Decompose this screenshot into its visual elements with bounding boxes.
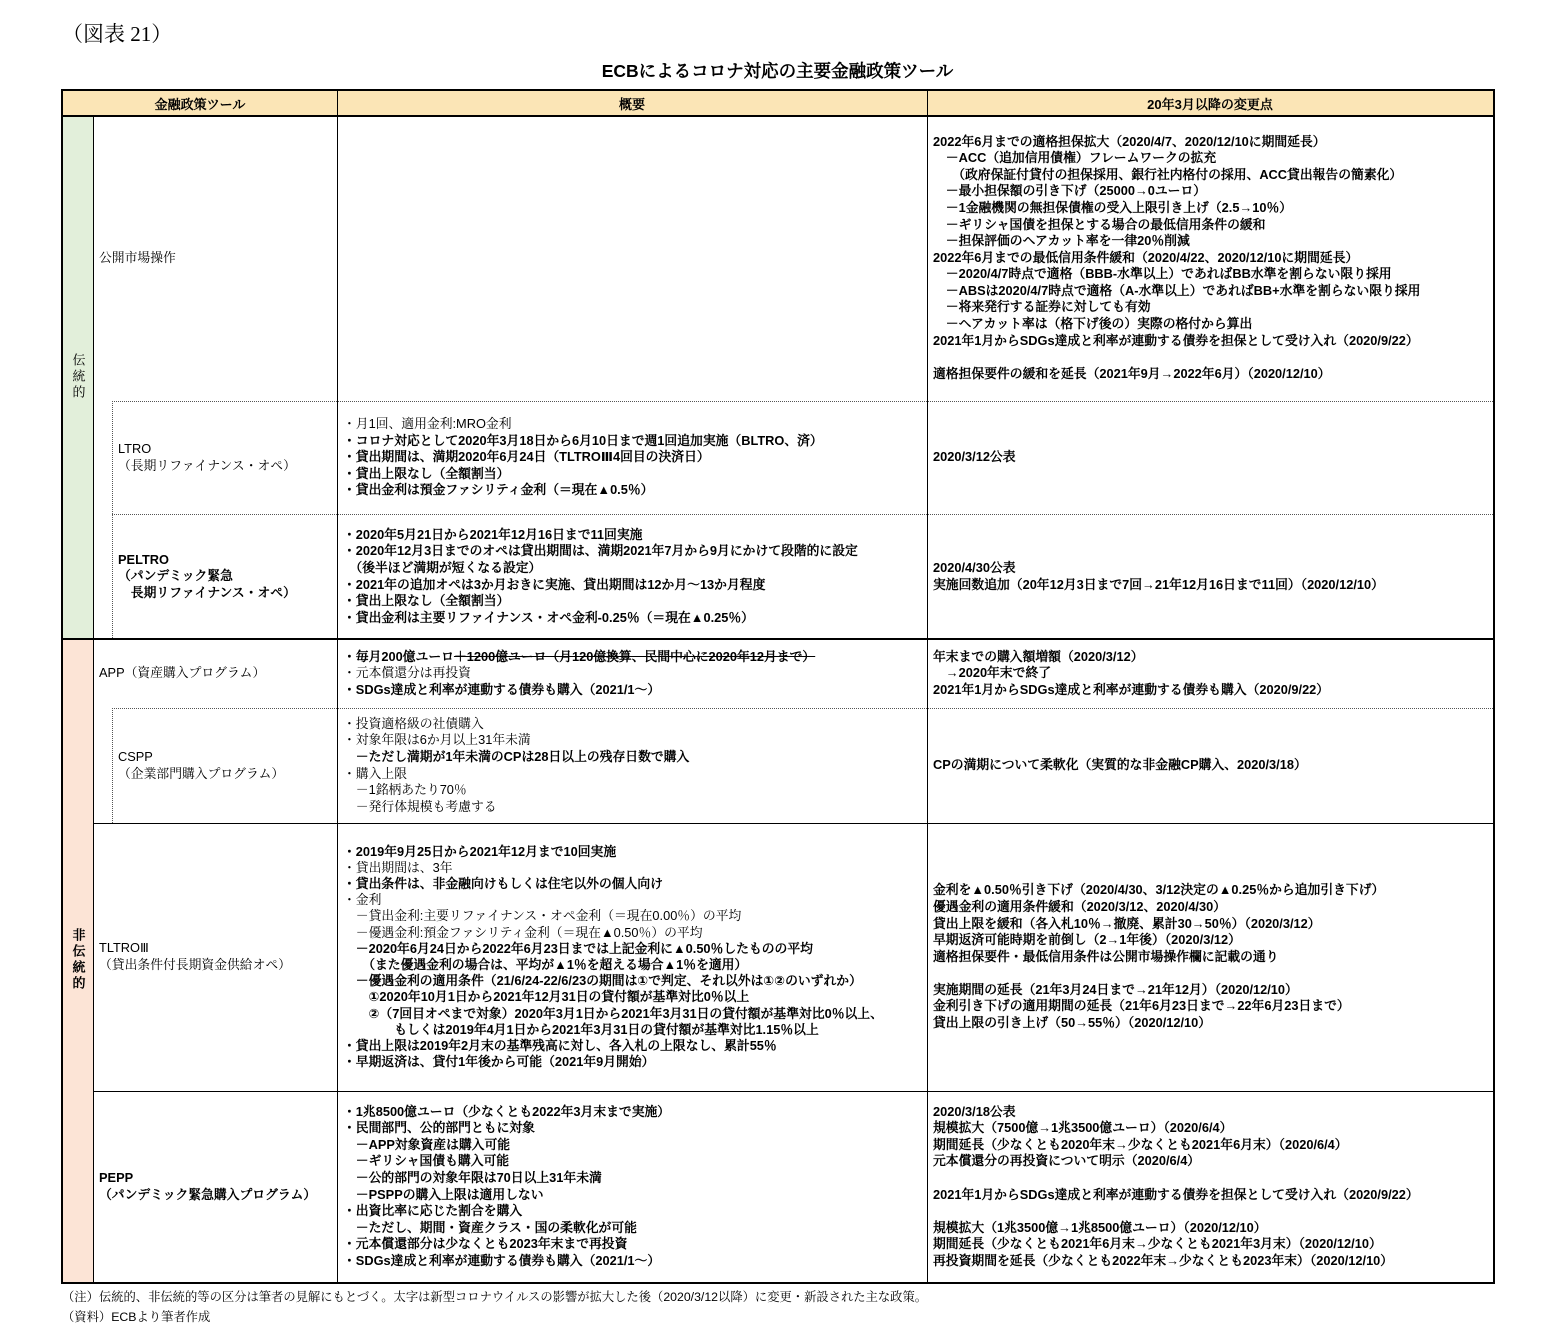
text-line: ・貸出条件は、非金融向けもしくは住宅以外の個人向け xyxy=(343,876,663,892)
text-line xyxy=(933,1170,937,1187)
text-line: －ギリシャ国債を担保とする場合の最低信用条件の緩和 xyxy=(933,217,1265,234)
text-line: ・2019年9月25日から2021年12月まで10回実施 xyxy=(343,844,616,860)
section-divider xyxy=(63,638,1493,640)
tltro3-changes-cell: 金利を▲0.50％引き下げ（2020/4/30、3/12決定の▲0.25％から追… xyxy=(927,823,1493,1091)
text-line: 2022年6月までの最低信用条件緩和（2020/4/22、2020/12/10に… xyxy=(933,250,1358,267)
text-line: （長期リファイナンス・オペ） xyxy=(118,458,296,475)
overview-changes-border xyxy=(927,91,928,1282)
text-line: 2020/3/18公表 xyxy=(933,1104,1016,1121)
text-line: ・貸出上限なし（全額割当） xyxy=(343,593,509,610)
text-line xyxy=(933,1203,937,1220)
text-line: ・金利 xyxy=(343,892,381,908)
text-line: ・2020年5月21日から2021年12月16日まで11回実施 xyxy=(343,527,642,544)
text-line: －1銘柄あたり70％ xyxy=(343,782,467,799)
peltro-overview-cell: ・2020年5月21日から2021年12月16日まで11回実施・2020年12月… xyxy=(337,514,927,639)
text-line: （政府保証付貸付の担保採用、銀行社内格付の採用、ACC貸出報告の簡素化） xyxy=(933,167,1402,184)
text-line: －ただし満期が1年未満のCPは28日以上の残存日数で購入 xyxy=(343,749,689,766)
text-line: ・貸出金利は預金ファシリティ金利（＝現在▲0.5％） xyxy=(343,482,653,499)
text-line: ・貸出上限は2019年2月末の基準残高に対し、各入札の上限なし、累計55％ xyxy=(343,1038,777,1054)
text-line: ・月1回、適用金利:MRO金利 xyxy=(343,416,512,433)
omo-tool-cell: 公開市場操作 xyxy=(93,115,337,401)
text-line: PELTRO xyxy=(118,552,169,569)
section-label-traditional: 伝統的 xyxy=(69,353,88,401)
app-changes-cell: 年末までの購入額増額（2020/3/12） →2020年末で終了2021年1月か… xyxy=(927,639,1493,708)
text-line: 適格担保要件の緩和を延長（2021年9月→2022年6月）（2020/12/10… xyxy=(933,366,1331,383)
text-line: －優遇金利:預金ファシリティ金利（＝現在▲0.50％）の平均 xyxy=(343,925,703,941)
omo-overview-cell xyxy=(337,115,927,401)
text-line: （後半ほど満期が短くなる設定） xyxy=(343,560,541,577)
text-line: －ただし、期間・資産クラス・国の柔軟化が可能 xyxy=(343,1220,637,1237)
app-overview-cell: ・毎月200億ユーロ＋1200億ユーロ（月120億換算、民間中心に2020年12… xyxy=(337,639,927,708)
cspp-changes-cell: CPの満期について柔軟化（実質的な非金融CP購入、2020/3/18） xyxy=(927,708,1493,823)
text-line: 2021年1月からSDGs達成と利率が連動する債券を担保として受け入れ（2020… xyxy=(933,333,1419,350)
text-line: 長期リファイナンス・オペ） xyxy=(118,585,296,602)
text-line: 期間延長（少なくとも2021年6月末→少なくとも2021年3月末）（2020/1… xyxy=(933,1236,1382,1253)
text-line: 実施期間の延長（21年3月24日まで→21年12月）（2020/12/10） xyxy=(933,982,1298,999)
cspp-overview-cell: ・投資適格級の社債購入・対象年限は6か月以上31年未満 －ただし満期が1年未満の… xyxy=(337,708,927,823)
text-line: PEPP xyxy=(99,1170,133,1187)
header-changes-column: 20年3月以降の変更点 xyxy=(927,91,1493,115)
text-line: 2021年1月からSDGs達成と利率が連動する債券を担保として受け入れ（2020… xyxy=(933,1187,1419,1204)
sidebar-border xyxy=(93,115,94,1282)
text-line: 適格担保要件・最低信用条件は公開市場操作欄に記載の通り xyxy=(933,949,1279,966)
text-line: もしくは2019年4月1日から2021年3月31日の貸付額が基準対比1.15％以… xyxy=(343,1022,819,1038)
text-line: 公開市場操作 xyxy=(99,250,176,267)
text-line: 規模拡大（7500億→1兆3500億ユーロ）（2020/6/4） xyxy=(933,1120,1232,1137)
tltro3-overview-cell: ・2019年9月25日から2021年12月まで10回実施・貸出期間は、3年・貸出… xyxy=(337,823,927,1091)
text-line: 元本償還分の再投資について明示（2020/6/4） xyxy=(933,1153,1200,1170)
text-line: ・1兆8500億ユーロ（少なくとも2022年3月末まで実施） xyxy=(343,1104,670,1121)
text-line: 再投資期間を延長（少なくとも2022年末→少なくとも2023年末）（2020/1… xyxy=(933,1253,1393,1270)
text-line: （貸出条件付長期資金供給オペ） xyxy=(99,957,291,974)
text-line: ・対象年限は6か月以上31年未満 xyxy=(343,732,531,749)
text-line: CSPP xyxy=(118,749,153,766)
text-line: －1金融機関の無担保債権の受入上限引き上げ（2.5→10％） xyxy=(933,200,1292,217)
text-line: ・コロナ対応として2020年3月18日から6月10日まで週1回追加実施（BLTR… xyxy=(343,433,823,450)
subrow-inset-border-2 xyxy=(112,708,113,823)
policy-table: 金融政策ツール 概要 20年3月以降の変更点 伝統的 非伝統的 公開市場操作 L… xyxy=(61,89,1495,1284)
omo-changes-cell: 2022年6月までの適格担保拡大（2020/4/7、2020/12/10に期間延… xyxy=(927,115,1493,401)
text-line: CPの満期について柔軟化（実質的な非金融CP購入、2020/3/18） xyxy=(933,757,1307,774)
text-line: ・貸出期間は、満期2020年6月24日（TLTROⅢ4回目の決済日） xyxy=(343,449,710,466)
header-overview-column: 概要 xyxy=(337,91,927,115)
ltro-peltro-divider xyxy=(112,514,1493,515)
text-line: 2021年1月からSDGs達成と利率が連動する債券も購入（2020/9/22） xyxy=(933,682,1329,699)
text-line: －2020/4/7時点で適格（BBB-水準以上）であればBB水準を割らない限り採… xyxy=(933,266,1392,283)
text-line: －ギリシャ国債も購入可能 xyxy=(343,1153,509,1170)
section-band-non-traditional: 非伝統的 xyxy=(63,638,93,1282)
text-line: －将来発行する証券に対しても有効 xyxy=(933,299,1151,316)
text-line: （企業部門購入プログラム） xyxy=(118,766,284,783)
tool-overview-border xyxy=(337,91,338,1282)
text-line: （また優遇金利の場合は、平均が▲1％を超える場合▲1％を適用） xyxy=(343,957,747,973)
text-line: LTRO xyxy=(118,441,151,458)
tltro3-tool-cell: TLTROⅢ（貸出条件付長期資金供給オペ） xyxy=(93,823,337,1091)
text-line: －APP対象資産は購入可能 xyxy=(343,1137,510,1154)
text-line: ・元本償還分は再投資 xyxy=(343,665,471,682)
text-line: 2022年6月までの適格担保拡大（2020/4/7、2020/12/10に期間延… xyxy=(933,134,1326,151)
text-line: 2020/3/12公表 xyxy=(933,449,1016,466)
text-line: 期間延長（少なくとも2020年末→少なくとも2021年6月末）（2020/6/4… xyxy=(933,1137,1348,1154)
text-line: TLTROⅢ xyxy=(99,940,149,957)
text-line: ・早期返済は、貸付1年後から可能（2021年9月開始） xyxy=(343,1054,654,1070)
text-line: －ACC（追加信用債権）フレームワークの拡充 xyxy=(933,150,1216,167)
footnote-source-note: （注）伝統的、非伝統的等の区分は筆者の見解にもとづく。太字は新型コロナウイルスの… xyxy=(62,1288,1492,1307)
subrow-inset-border-1 xyxy=(112,401,113,638)
text-line xyxy=(933,965,937,982)
ltro-tool-cell: LTRO（長期リファイナンス・オペ） xyxy=(112,401,337,514)
text-line: －貸出金利:主要リファイナンス・オペ金利（＝現在0.00％）の平均 xyxy=(343,908,741,924)
text-line: ・2020年12月3日までのオペは貸出期間は、満期2021年7月から9月にかけて… xyxy=(343,543,858,560)
text-line: ・貸出上限なし（全額割当） xyxy=(343,466,509,483)
footnote-credit: （資料）ECBより筆者作成 xyxy=(62,1308,1492,1327)
text-line: 貸出上限の引き上げ（50→55％）（2020/12/10） xyxy=(933,1015,1211,1032)
report-page: （図表 21） ECBによるコロナ対応の主要金融政策ツール 金融政策ツール 概要… xyxy=(0,0,1555,1338)
pepp-changes-cell: 2020/3/18公表規模拡大（7500億→1兆3500億ユーロ）（2020/6… xyxy=(927,1091,1493,1282)
text-line: 金利を▲0.50％引き下げ（2020/4/30、3/12決定の▲0.25％から追… xyxy=(933,882,1384,899)
text-line: ①2020年10月1日から2021年12月31日の貸付額が基準対比0％以上 xyxy=(343,989,749,1005)
pepp-overview-cell: ・1兆8500億ユーロ（少なくとも2022年3月末まで実施）・民間部門、公的部門… xyxy=(337,1091,927,1282)
section-band-traditional: 伝統的 xyxy=(63,115,93,638)
text-line: ・SDGs達成と利率が連動する債券も購入（2021/1～） xyxy=(343,682,660,699)
text-line: ・投資適格級の社債購入 xyxy=(343,716,484,733)
text-line: ・民間部門、公的部門ともに対象 xyxy=(343,1120,535,1137)
cspp-tool-cell: CSPP（企業部門購入プログラム） xyxy=(112,708,337,823)
text-line: －公的部門の対象年限は70日以上31年未満 xyxy=(343,1170,602,1187)
text-line: －ABSは2020/4/7時点で適格（A-水準以上）であればBB+水準を割らない… xyxy=(933,283,1420,300)
ltro-changes-cell: 2020/3/12公表 xyxy=(927,401,1493,514)
text-line: ・2021年の追加オペは3か月おきに実施、貸出期間は12か月～13か月程度 xyxy=(343,577,765,594)
text-line: （パンデミック緊急購入プログラム） xyxy=(99,1187,316,1204)
text-line: ・貸出期間は、3年 xyxy=(343,860,453,876)
text-line: →2020年末で終了 xyxy=(933,665,1051,682)
text-line: 実施回数追加（20年12月3日まで7回→21年12月16日まで11回）（2020… xyxy=(933,577,1384,594)
text-line: －担保評価のヘアカット率を一律20％削減 xyxy=(933,233,1190,250)
text-line: －ヘアカット率は（格下げ後の）実際の格付から算出 xyxy=(933,316,1252,333)
peltro-tool-cell: PELTRO（パンデミック緊急 長期リファイナンス・オペ） xyxy=(112,514,337,639)
header-tool-column: 金融政策ツール xyxy=(63,91,337,115)
text-line: APP（資産購入プログラム） xyxy=(99,665,265,682)
text-line: ・購入上限 xyxy=(343,766,407,783)
tltro3-pepp-divider xyxy=(93,1091,1493,1092)
text-line: －最小担保額の引き下げ（25000→0ユーロ） xyxy=(933,183,1206,200)
table-title: ECBによるコロナ対応の主要金融政策ツール xyxy=(0,58,1555,83)
text-line: －発行体規模も考慮する xyxy=(343,799,497,816)
text-line: 貸出上限を緩和（各入札10％→撤廃、累計30→50％）（2020/3/12） xyxy=(933,916,1321,933)
text-line: －優遇金利の適用条件（21/6/24-22/6/23の期間は①で判定、それ以外は… xyxy=(343,973,862,989)
text-line: ・SDGs達成と利率が連動する債券も購入（2021/1～） xyxy=(343,1253,660,1270)
text-line: －2020年6月24日から2022年6月23日までは上記金利に▲0.50％したも… xyxy=(343,941,813,957)
text-line: ・出資比率に応じた割合を購入 xyxy=(343,1203,522,1220)
text-line: （パンデミック緊急 xyxy=(118,568,233,585)
app-cspp-divider xyxy=(112,708,1493,709)
text-line: ②（7回目オペまで対象）2020年3月1日から2021年3月31日の貸付額が基準… xyxy=(343,1006,883,1022)
text-line: 早期返済可能時期を前倒し（2→1年後）（2020/3/12） xyxy=(933,932,1241,949)
text-line: ・元本償還部分は少なくとも2023年末まで再投資 xyxy=(343,1236,627,1253)
text-line: 金利引き下げの適用期間の延長（21年6月23日まで→22年6月23日まで） xyxy=(933,998,1350,1015)
text-line: －PSPPの購入上限は適用しない xyxy=(343,1187,544,1204)
section-label-non-traditional: 非伝統的 xyxy=(69,928,88,992)
text-line: ・毎月200億ユーロ＋1200億ユーロ（月120億換算、民間中心に2020年12… xyxy=(343,649,815,666)
text-line: 規模拡大（1兆3500億→1兆8500億ユーロ）（2020/12/10） xyxy=(933,1220,1267,1237)
figure-label: （図表 21） xyxy=(62,18,172,48)
omo-ltro-divider xyxy=(112,401,1493,402)
ltro-overview-cell: ・月1回、適用金利:MRO金利・コロナ対応として2020年3月18日から6月10… xyxy=(337,401,927,514)
text-line xyxy=(933,349,937,366)
text-line: 2020/4/30公表 xyxy=(933,560,1016,577)
app-tool-cell: APP（資産購入プログラム） xyxy=(93,639,337,708)
peltro-changes-cell: 2020/4/30公表実施回数追加（20年12月3日まで7回→21年12月16日… xyxy=(927,514,1493,639)
text-line: ・貸出金利は主要リファイナンス・オペ金利-0.25％（＝現在▲0.25％） xyxy=(343,610,754,627)
text-line: 優遇金利の適用条件緩和（2020/3/12、2020/4/30） xyxy=(933,899,1226,916)
pepp-tool-cell: PEPP（パンデミック緊急購入プログラム） xyxy=(93,1091,337,1282)
text-line: 年末までの購入額増額（2020/3/12） xyxy=(933,649,1144,666)
cspp-tltro3-divider xyxy=(93,823,1493,824)
header-divider xyxy=(63,115,1493,117)
